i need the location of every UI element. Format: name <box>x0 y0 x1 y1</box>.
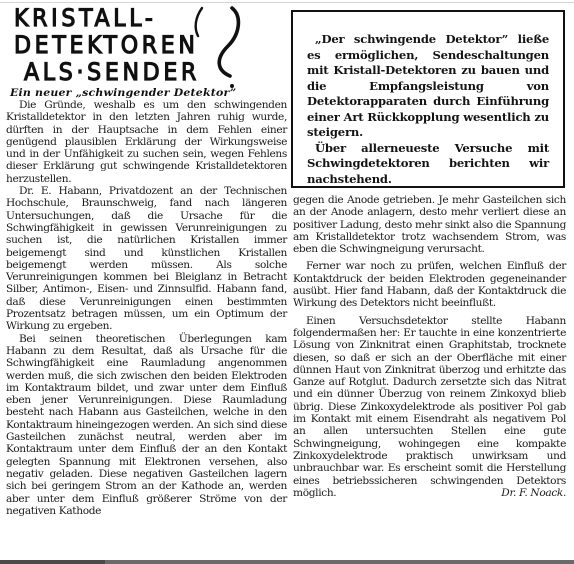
question-mark-icon <box>188 6 258 90</box>
body-paragraph: gegen die Anode getrieben. Je mehr Gaste… <box>293 194 566 255</box>
author-signature: Dr. F. Noack. <box>488 487 566 499</box>
bottom-edge-bar-dark <box>0 560 105 564</box>
body-paragraph: Die Gründe, weshalb es um den schwingend… <box>6 99 287 185</box>
article-title: KRISTALL- DETEKTOREN ALS·SENDER Ein neue… <box>10 4 280 94</box>
body-column-left: Die Gründe, weshalb es um den schwingend… <box>6 99 287 517</box>
title-line-1: KRISTALL- <box>14 6 157 30</box>
intro-box: „Der schwingende Detektor” ließe es ermö… <box>291 10 565 188</box>
body-paragraph: Bei seinen theoretischen Überlegungen ka… <box>6 333 287 517</box>
body-column-right: gegen die Anode getrieben. Je mehr Gaste… <box>293 194 566 499</box>
body-paragraph: Ferner war noch zu prüfen, welchen Einfl… <box>293 260 566 309</box>
body-paragraph-text: Einen Versuchsdetektor stellte Habann fo… <box>293 315 566 499</box>
intro-paragraph: „Der schwingende Detektor” ließe es ermö… <box>293 12 563 141</box>
title-line-3: ALS·SENDER <box>24 60 200 84</box>
intro-paragraph: Über allerneueste Versuche mit Schwingde… <box>293 141 563 188</box>
bottom-edge-bar <box>0 560 574 564</box>
body-paragraph: Dr. E. Habann, Privatdozent an der Techn… <box>6 185 287 333</box>
title-line-2: DETEKTOREN <box>14 33 199 57</box>
body-paragraph-last: Einen Versuchsdetektor stellte Habann fo… <box>293 315 566 499</box>
top-edge-rule <box>0 2 574 3</box>
article-subtitle: Ein neuer „schwingender Detektor” <box>10 87 236 99</box>
